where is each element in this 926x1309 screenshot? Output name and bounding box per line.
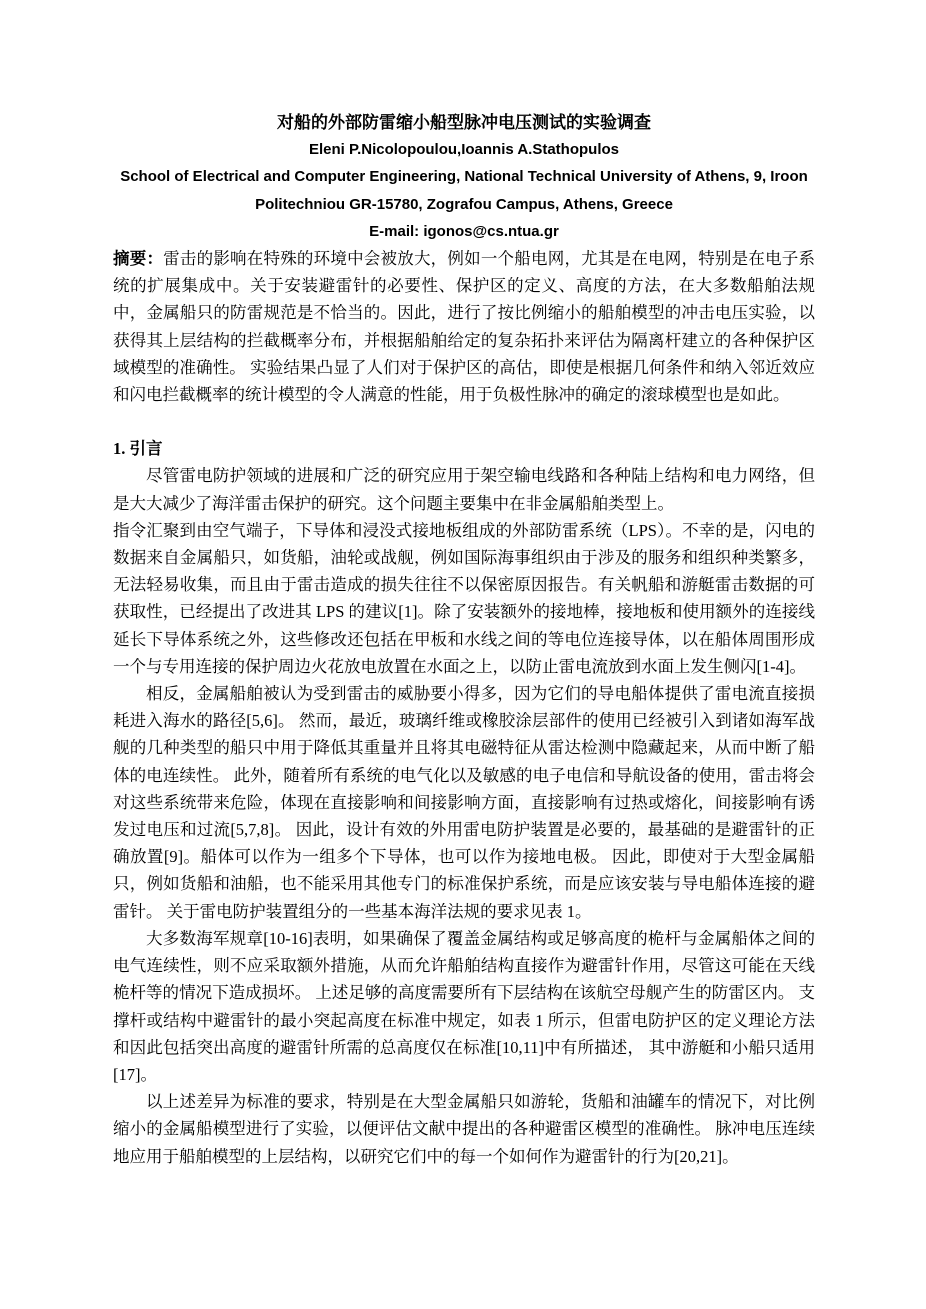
abstract-paragraph: 摘要：雷击的影响在特殊的环境中会被放大，例如一个船电网，尤其是在电网，特别是在电… — [113, 245, 815, 408]
affiliation-line-2: Politechniou GR-15780, Zografou Campus, … — [113, 191, 815, 218]
document-content: 对船的外部防雷缩小船型脉冲电压测试的实验调查 Eleni P.Nicolopou… — [113, 109, 815, 1170]
email-line: E-mail: igonos@cs.ntua.gr — [113, 218, 815, 245]
page-title: 对船的外部防雷缩小船型脉冲电压测试的实验调查 — [113, 109, 815, 136]
intro-paragraph-1: 尽管雷电防护领域的进展和广泛的研究应用于架空输电线路和各种陆上结构和电力网络，但… — [113, 462, 815, 516]
abstract-label: 摘要： — [113, 249, 163, 268]
intro-paragraph-3: 相反，金属船舶被认为受到雷击的威胁要小得多，因为它们的导电船体提供了雷电流直接损… — [113, 680, 815, 925]
intro-paragraph-4: 大多数海军规章[10-16]表明，如果确保了覆盖金属结构或足够高度的桅杆与金属船… — [113, 925, 815, 1088]
affiliation-line-1: School of Electrical and Computer Engine… — [113, 163, 815, 190]
section-heading-introduction: 1. 引言 — [113, 435, 815, 462]
intro-paragraph-2: 指令汇聚到由空气端子，下导体和浸没式接地板组成的外部防雷系统（LPS）。不幸的是… — [113, 517, 815, 680]
document-page: 对船的外部防雷缩小船型脉冲电压测试的实验调查 Eleni P.Nicolopou… — [0, 0, 926, 1309]
authors-line: Eleni P.Nicolopoulou,Ioannis A.Stathopul… — [113, 136, 815, 163]
abstract-text: 雷击的影响在特殊的环境中会被放大，例如一个船电网，尤其是在电网，特别是在电子系统… — [113, 249, 815, 404]
intro-paragraph-5: 以上述差异为标准的要求，特别是在大型金属船只如游轮，货船和油罐车的情况下，对比例… — [113, 1088, 815, 1170]
